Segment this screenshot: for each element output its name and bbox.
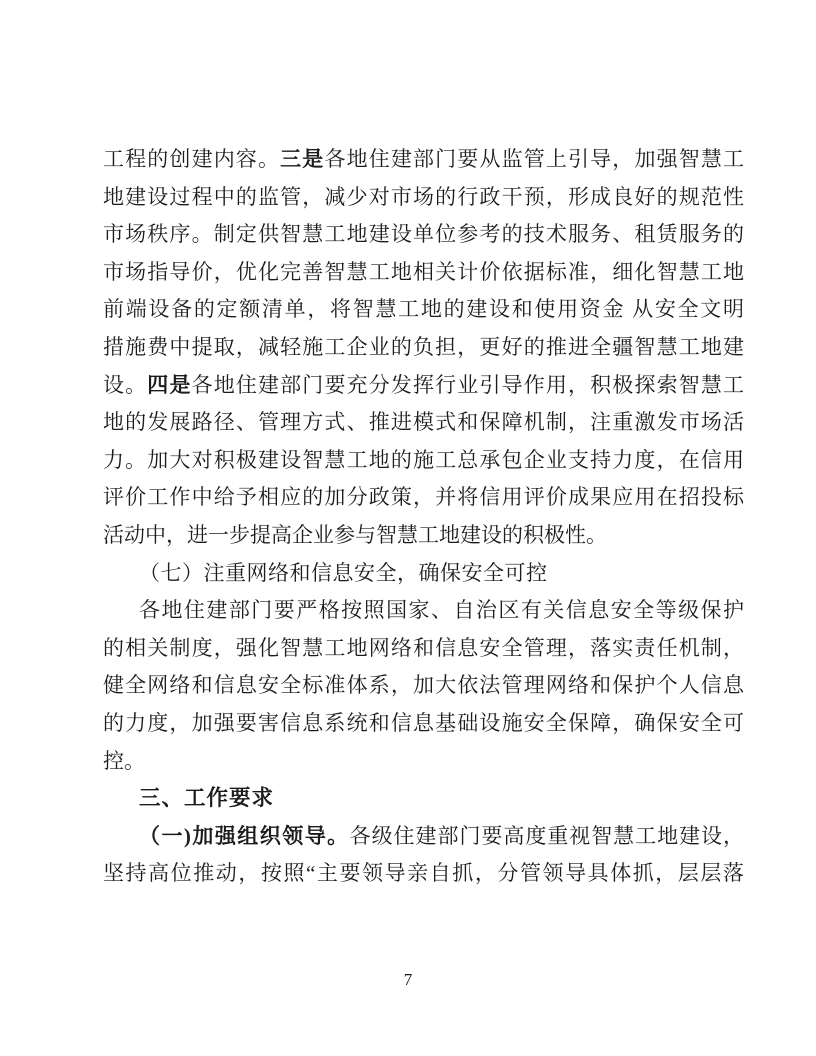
body-line: 工程的创建内容。三是各地住建部门要从监管上引导，加强智慧工 <box>103 141 744 179</box>
body-text: 工程的创建内容。 <box>103 147 280 171</box>
body-line: 的力度，加强要害信息系统和信息基础设施安全保障，确保安全可 <box>103 705 744 743</box>
body-line: 设。四是各地住建部门要充分发挥行业引导作用，积极探索智慧工 <box>103 367 744 405</box>
chapter-heading-three: 三、工作要求 <box>103 780 744 818</box>
body-line: 市场指导价，优化完善智慧工地相关计价依据标准，细化智慧工地 <box>103 254 744 292</box>
body-line: 各地住建部门要严格按照国家、自治区有关信息安全等级保护 <box>103 592 744 630</box>
clause-lead-text: （一)加强组织领导。 <box>139 824 350 848</box>
body-text: 各地住建部门要从监管上引导，加强智慧工 <box>324 147 744 171</box>
body-line: 前端设备的定额清单，将智慧工地的建设和使用资金 从安全文明 <box>103 291 744 329</box>
document-body: 工程的创建内容。三是各地住建部门要从监管上引导，加强智慧工 地建设过程中的监管，… <box>103 141 744 893</box>
body-line: 地建设过程中的监管，减少对市场的行政干预，形成良好的规范性 <box>103 179 744 217</box>
page-number: 7 <box>0 969 816 991</box>
body-line: 健全网络和信息安全标准体系，加大依法管理网络和保护个人信息 <box>103 667 744 705</box>
body-line: 力。加大对积极建设智慧工地的施工总承包企业支持力度，在信用 <box>103 442 744 480</box>
emphasis-text: 三是 <box>280 147 324 171</box>
body-text: 各地住建部门要充分发挥行业引导作用，积极探索智慧工 <box>192 373 744 397</box>
body-line: 坚持高位推动，按照“主要领导亲自抓，分管领导具体抓，层层落 <box>103 855 744 893</box>
body-line: 的相关制度，强化智慧工地网络和信息安全管理，落实责任机制， <box>103 630 744 668</box>
body-line: 措施费中提取，减轻施工企业的负担，更好的推进全疆智慧工地建 <box>103 329 744 367</box>
emphasis-text: 四是 <box>147 373 191 397</box>
body-line: 市场秩序。制定供智慧工地建设单位参考的技术服务、租赁服务的 <box>103 216 744 254</box>
section-heading-seven: （七）注重网络和信息安全，确保安全可控 <box>103 555 744 593</box>
document-page: 工程的创建内容。三是各地住建部门要从监管上引导，加强智慧工 地建设过程中的监管，… <box>0 0 816 1056</box>
body-line: （一)加强组织领导。各级住建部门要高度重视智慧工地建设， <box>103 818 744 856</box>
body-line: 评价工作中给予相应的加分政策，并将信用评价成果应用在招投标 <box>103 479 744 517</box>
body-line: 控。 <box>103 743 744 781</box>
body-text: 设。 <box>103 373 147 397</box>
body-text: 各级住建部门要高度重视智慧工地建设， <box>350 824 744 848</box>
body-line: 地的发展路径、管理方式、推进模式和保障机制，注重激发市场活 <box>103 404 744 442</box>
body-line: 活动中，进一步提高企业参与智慧工地建设的积极性。 <box>103 517 744 555</box>
